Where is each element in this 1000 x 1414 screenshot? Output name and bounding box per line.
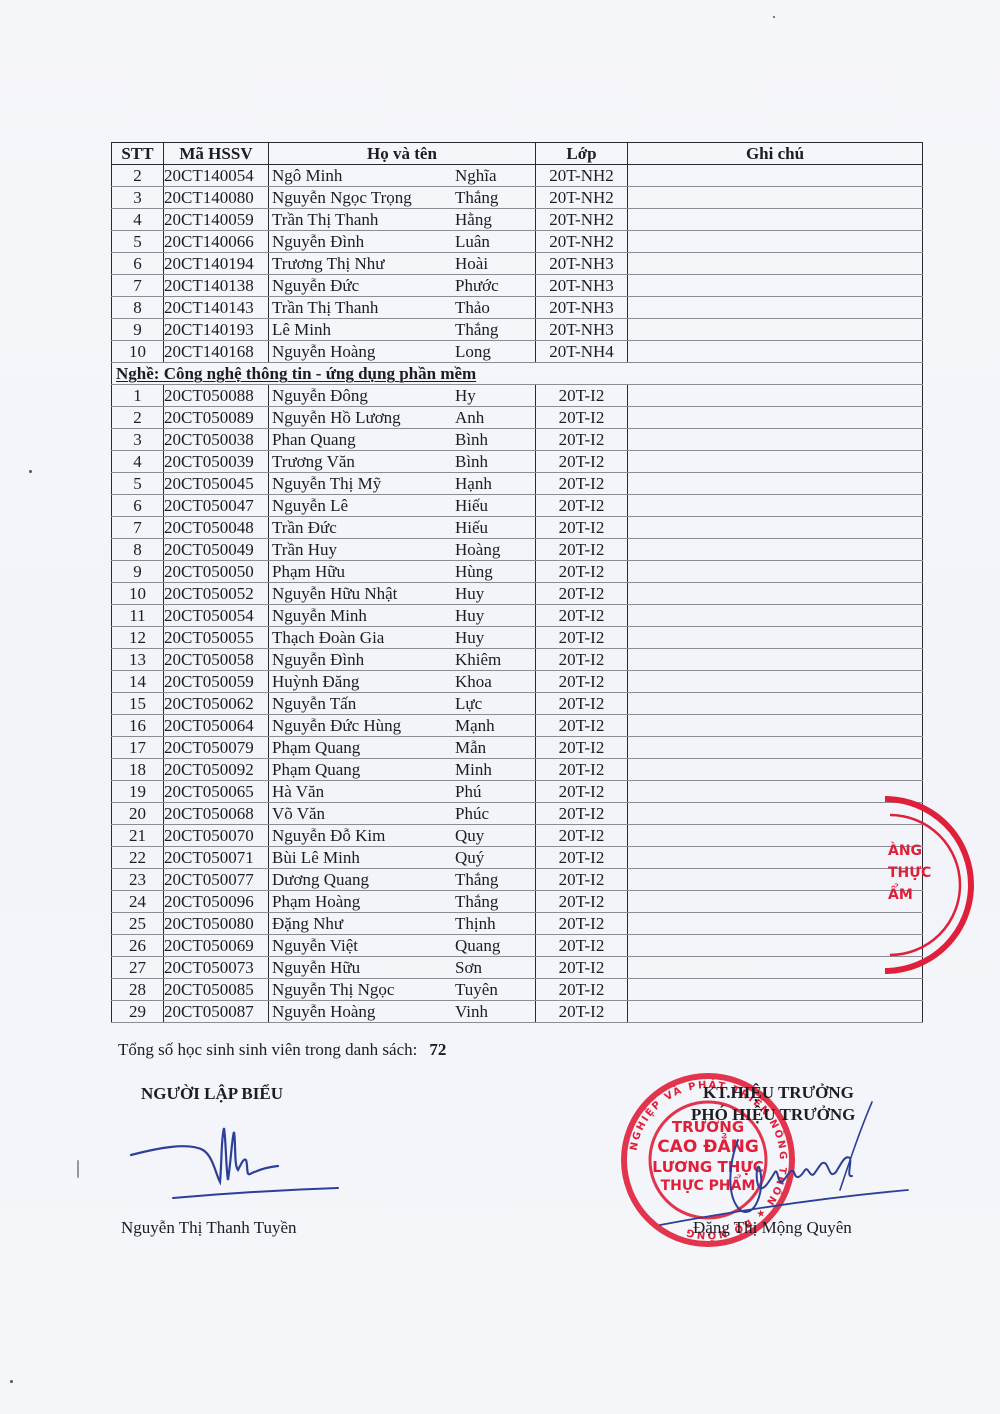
cell-ho-va-ten: Nguyễn Thị MỹHạnh [269, 473, 536, 495]
cell-lop: 20T-NH2 [536, 209, 628, 231]
cell-ma-hssv: 20CT140066 [164, 231, 269, 253]
cell-lop: 20T-I2 [536, 715, 628, 737]
table-row: 420CT140059Trần Thị ThanhHằng20T-NH2 [112, 209, 923, 231]
cell-ho-va-ten: Nguyễn TấnLực [269, 693, 536, 715]
cell-ten: Thắng [455, 891, 498, 912]
table-header-row: STT Mã HSSV Họ và tên Lớp Ghi chú [112, 143, 923, 165]
cell-lop: 20T-I2 [536, 737, 628, 759]
cell-ghi-chu [628, 187, 923, 209]
cell-ho: Trương Thị Như [272, 253, 384, 274]
cell-ghi-chu [628, 935, 923, 957]
cell-ghi-chu [628, 319, 923, 341]
cell-ho-va-ten: Trần Thị ThanhHằng [269, 209, 536, 231]
cell-ghi-chu [628, 671, 923, 693]
cell-lop: 20T-I2 [536, 979, 628, 1001]
cell-ho-va-ten: Bùi Lê MinhQuý [269, 847, 536, 869]
cell-ho: Trần Thị Thanh [272, 209, 378, 230]
cell-ho-va-ten: Trần HuyHoàng [269, 539, 536, 561]
cell-ho-va-ten: Huỳnh ĐăngKhoa [269, 671, 536, 693]
cell-ten: Khiêm [455, 649, 501, 670]
cell-stt: 10 [112, 341, 164, 363]
cell-ma-hssv: 20CT050055 [164, 627, 269, 649]
table-row: 520CT140066Nguyễn ĐìnhLuân20T-NH2 [112, 231, 923, 253]
table-row: 820CT140143Trần Thị ThanhThảo20T-NH3 [112, 297, 923, 319]
table-row: 2920CT050087Nguyễn HoàngVinh20T-I2 [112, 1001, 923, 1023]
cell-ma-hssv: 20CT140080 [164, 187, 269, 209]
cell-ten: Nghĩa [455, 165, 497, 186]
cell-lop: 20T-I2 [536, 627, 628, 649]
cell-lop: 20T-I2 [536, 539, 628, 561]
cell-ghi-chu [628, 737, 923, 759]
cell-lop: 20T-I2 [536, 561, 628, 583]
table-row: 1520CT050062Nguyễn TấnLực20T-I2 [112, 693, 923, 715]
cell-ho: Nguyễn Hồ Lương [272, 407, 401, 428]
cell-ten: Minh [455, 759, 492, 780]
cell-ten: Hiếu [455, 517, 488, 538]
cell-lop: 20T-NH2 [536, 231, 628, 253]
cell-ten: Thắng [455, 187, 498, 208]
cell-ten: Hạnh [455, 473, 492, 494]
cell-lop: 20T-I2 [536, 495, 628, 517]
cell-ho-va-ten: Nguyễn HữuSơn [269, 957, 536, 979]
cell-stt: 13 [112, 649, 164, 671]
scan-speck [10, 1380, 13, 1383]
cell-ghi-chu [628, 209, 923, 231]
table-row: 1020CT050052Nguyễn Hữu NhậtHuy20T-I2 [112, 583, 923, 605]
header-ho-va-ten: Họ và tên [269, 143, 536, 165]
cell-ho-va-ten: Lê MinhThắng [269, 319, 536, 341]
cell-ho: Nguyễn Tấn [272, 693, 356, 714]
table-row: 420CT050039Trương VănBình20T-I2 [112, 451, 923, 473]
cell-ma-hssv: 20CT140193 [164, 319, 269, 341]
cell-ho-va-ten: Nguyễn Ngọc TrọngThắng [269, 187, 536, 209]
cell-ma-hssv: 20CT050089 [164, 407, 269, 429]
cell-lop: 20T-I2 [536, 429, 628, 451]
cell-stt: 12 [112, 627, 164, 649]
cell-ho: Nguyễn Hoàng [272, 1001, 375, 1022]
cell-ho-va-ten: Võ VănPhúc [269, 803, 536, 825]
cell-ghi-chu [628, 385, 923, 407]
cell-ten: Huy [455, 605, 484, 626]
cell-ghi-chu [628, 715, 923, 737]
cell-stt: 20 [112, 803, 164, 825]
cell-lop: 20T-I2 [536, 693, 628, 715]
preparer-name: Nguyễn Thị Thanh Tuyền [121, 1218, 297, 1238]
cell-ghi-chu [628, 231, 923, 253]
cell-ho-va-ten: Trần ĐứcHiếu [269, 517, 536, 539]
total-count: 72 [429, 1040, 446, 1059]
cell-ma-hssv: 20CT050065 [164, 781, 269, 803]
table-row: 2520CT050080Đặng NhưThịnh20T-I2 [112, 913, 923, 935]
cell-ho-va-ten: Trương VănBình [269, 451, 536, 473]
cell-ho-va-ten: Hà VănPhú [269, 781, 536, 803]
cell-ho-va-ten: Phạm HữuHùng [269, 561, 536, 583]
cell-ho: Nguyễn Đình [272, 231, 364, 252]
cell-lop: 20T-I2 [536, 891, 628, 913]
cell-ghi-chu [628, 429, 923, 451]
cell-stt: 5 [112, 231, 164, 253]
cell-ten: Vinh [455, 1001, 488, 1022]
cell-ho: Huỳnh Đăng [272, 671, 359, 692]
cell-ma-hssv: 20CT050054 [164, 605, 269, 627]
cell-lop: 20T-I2 [536, 869, 628, 891]
total-label: Tổng số học sinh sinh viên trong danh sá… [118, 1040, 417, 1059]
table-row: 2120CT050070Nguyễn Đỗ KimQuy20T-I2 [112, 825, 923, 847]
cell-lop: 20T-I2 [536, 1001, 628, 1023]
cell-stt: 22 [112, 847, 164, 869]
cell-ho-va-ten: Nguyễn ViệtQuang [269, 935, 536, 957]
approver-title-line2: PHÓ HIỆU TRƯỞNG [691, 1105, 855, 1125]
cell-ma-hssv: 20CT140194 [164, 253, 269, 275]
svg-text:CAO ĐẲNG: CAO ĐẲNG [657, 1132, 759, 1157]
table-row: 2020CT050068Võ VănPhúc20T-I2 [112, 803, 923, 825]
cell-ma-hssv: 20CT050049 [164, 539, 269, 561]
cell-ghi-chu [628, 847, 923, 869]
cell-ma-hssv: 20CT050085 [164, 979, 269, 1001]
cell-ho-va-ten: Nguyễn Đức HùngMạnh [269, 715, 536, 737]
cell-ho: Nguyễn Thị Mỹ [272, 473, 381, 494]
cell-ten: Mẫn [455, 737, 486, 758]
cell-ghi-chu [628, 913, 923, 935]
cell-stt: 10 [112, 583, 164, 605]
cell-ma-hssv: 20CT140138 [164, 275, 269, 297]
table-body: 220CT140054Ngô MinhNghĩa20T-NH2320CT1400… [112, 165, 923, 1023]
scan-speck [29, 470, 32, 473]
cell-ho-va-ten: Thạch Đoàn GiaHuy [269, 627, 536, 649]
cell-lop: 20T-I2 [536, 583, 628, 605]
cell-ghi-chu [628, 165, 923, 187]
cell-ho-va-ten: Phạm HoàngThắng [269, 891, 536, 913]
cell-lop: 20T-I2 [536, 803, 628, 825]
cell-ho: Đặng Như [272, 913, 343, 934]
cell-ma-hssv: 20CT050088 [164, 385, 269, 407]
cell-ho: Trần Thị Thanh [272, 297, 378, 318]
cell-lop: 20T-I2 [536, 913, 628, 935]
cell-stt: 2 [112, 165, 164, 187]
table-row: 720CT050048Trần ĐứcHiếu20T-I2 [112, 517, 923, 539]
cell-ho-va-ten: Nguyễn LêHiếu [269, 495, 536, 517]
cell-ho-va-ten: Nguyễn ĐìnhLuân [269, 231, 536, 253]
cell-lop: 20T-I2 [536, 605, 628, 627]
cell-ten: Long [455, 341, 491, 362]
cell-ho: Lê Minh [272, 319, 331, 340]
table-row: 720CT140138Nguyễn ĐứcPhước20T-NH3 [112, 275, 923, 297]
cell-lop: 20T-NH3 [536, 297, 628, 319]
cell-ma-hssv: 20CT050045 [164, 473, 269, 495]
cell-stt: 16 [112, 715, 164, 737]
cell-ho: Phan Quang [272, 429, 356, 450]
cell-ghi-chu [628, 869, 923, 891]
cell-ho-va-ten: Nguyễn ĐôngHy [269, 385, 536, 407]
cell-ma-hssv: 20CT050039 [164, 451, 269, 473]
table-row: 1620CT050064Nguyễn Đức HùngMạnh20T-I2 [112, 715, 923, 737]
cell-ten: Hùng [455, 561, 493, 582]
cell-ghi-chu [628, 627, 923, 649]
cell-ten: Thắng [455, 319, 498, 340]
cell-ma-hssv: 20CT050070 [164, 825, 269, 847]
scan-speck [77, 1160, 79, 1178]
cell-ten: Bình [455, 429, 488, 450]
cell-ghi-chu [628, 253, 923, 275]
cell-stt: 5 [112, 473, 164, 495]
cell-stt: 19 [112, 781, 164, 803]
cell-ten: Hiếu [455, 495, 488, 516]
table-row: 2420CT050096Phạm HoàngThắng20T-I2 [112, 891, 923, 913]
cell-stt: 6 [112, 253, 164, 275]
student-roster-table: STT Mã HSSV Họ và tên Lớp Ghi chú 220CT1… [111, 142, 923, 1023]
cell-ma-hssv: 20CT050050 [164, 561, 269, 583]
cell-stt: 23 [112, 869, 164, 891]
cell-stt: 14 [112, 671, 164, 693]
cell-lop: 20T-NH2 [536, 165, 628, 187]
cell-ghi-chu [628, 517, 923, 539]
table-row: 1320CT050058Nguyễn ĐìnhKhiêm20T-I2 [112, 649, 923, 671]
cell-ten: Khoa [455, 671, 492, 692]
cell-lop: 20T-I2 [536, 671, 628, 693]
cell-ho-va-ten: Nguyễn Hồ LươngAnh [269, 407, 536, 429]
cell-ho-va-ten: Đặng NhưThịnh [269, 913, 536, 935]
cell-ghi-chu [628, 495, 923, 517]
cell-ten: Quang [455, 935, 500, 956]
table-row: 1120CT050054Nguyễn MinhHuy20T-I2 [112, 605, 923, 627]
cell-ho: Nguyễn Hữu Nhật [272, 583, 397, 604]
cell-ma-hssv: 20CT050068 [164, 803, 269, 825]
cell-ma-hssv: 20CT050077 [164, 869, 269, 891]
total-summary: Tổng số học sinh sinh viên trong danh sá… [118, 1040, 446, 1060]
cell-lop: 20T-NH4 [536, 341, 628, 363]
table-row: 620CT050047Nguyễn LêHiếu20T-I2 [112, 495, 923, 517]
cell-ho: Nguyễn Đức [272, 275, 359, 296]
table-row: 2620CT050069Nguyễn ViệtQuang20T-I2 [112, 935, 923, 957]
cell-lop: 20T-I2 [536, 759, 628, 781]
table-row: 2220CT050071Bùi Lê MinhQuý20T-I2 [112, 847, 923, 869]
cell-lop: 20T-NH2 [536, 187, 628, 209]
table-row: 920CT050050Phạm HữuHùng20T-I2 [112, 561, 923, 583]
cell-ho: Hà Văn [272, 781, 324, 802]
cell-ghi-chu [628, 1001, 923, 1023]
cell-ho-va-ten: Phan QuangBình [269, 429, 536, 451]
approver-name: Đặng Thị Mộng Quyên [693, 1218, 852, 1238]
cell-ho-va-ten: Trương Thị NhưHoài [269, 253, 536, 275]
table-row: 820CT050049Trần HuyHoàng20T-I2 [112, 539, 923, 561]
cell-ma-hssv: 20CT050069 [164, 935, 269, 957]
cell-stt: 24 [112, 891, 164, 913]
cell-stt: 25 [112, 913, 164, 935]
cell-ten: Hoài [455, 253, 488, 274]
cell-ho: Dương Quang [272, 869, 369, 890]
cell-ho-va-ten: Nguyễn HoàngLong [269, 341, 536, 363]
cell-ma-hssv: 20CT140143 [164, 297, 269, 319]
cell-stt: 7 [112, 275, 164, 297]
cell-ho: Trần Đức [272, 517, 337, 538]
cell-ma-hssv: 20CT050048 [164, 517, 269, 539]
cell-ho: Nguyễn Minh [272, 605, 367, 626]
cell-lop: 20T-I2 [536, 473, 628, 495]
cell-ma-hssv: 20CT050038 [164, 429, 269, 451]
cell-ho: Nguyễn Thị Ngọc [272, 979, 394, 1000]
cell-ten: Anh [455, 407, 484, 428]
preparer-signature-icon [128, 1120, 348, 1200]
table-row: 1220CT050055Thạch Đoàn GiaHuy20T-I2 [112, 627, 923, 649]
cell-lop: 20T-I2 [536, 825, 628, 847]
cell-ho: Nguyễn Đức Hùng [272, 715, 401, 736]
cell-ghi-chu [628, 957, 923, 979]
cell-ten: Lực [455, 693, 482, 714]
cell-ma-hssv: 20CT050059 [164, 671, 269, 693]
table-row: 2820CT050085Nguyễn Thị NgọcTuyên20T-I2 [112, 979, 923, 1001]
table-row: 220CT140054Ngô MinhNghĩa20T-NH2 [112, 165, 923, 187]
cell-lop: 20T-I2 [536, 781, 628, 803]
cell-stt: 7 [112, 517, 164, 539]
cell-ten: Phước [455, 275, 499, 296]
cell-ghi-chu [628, 407, 923, 429]
section-row: Nghề: Công nghệ thông tin - ứng dụng phầ… [112, 363, 923, 385]
cell-ma-hssv: 20CT140054 [164, 165, 269, 187]
table-row: 320CT050038Phan QuangBình20T-I2 [112, 429, 923, 451]
approver-title-line1: KT.HIỆU TRƯỞNG [703, 1083, 854, 1103]
cell-ho: Nguyễn Việt [272, 935, 358, 956]
table-row: 1020CT140168Nguyễn HoàngLong20T-NH4 [112, 341, 923, 363]
cell-ghi-chu [628, 891, 923, 913]
table-row: 1820CT050092Phạm QuangMinh20T-I2 [112, 759, 923, 781]
cell-ten: Tuyên [455, 979, 498, 1000]
cell-ten: Phúc [455, 803, 489, 824]
cell-lop: 20T-I2 [536, 957, 628, 979]
cell-lop: 20T-I2 [536, 385, 628, 407]
cell-stt: 9 [112, 319, 164, 341]
cell-stt: 27 [112, 957, 164, 979]
cell-ten: Huy [455, 583, 484, 604]
cell-ho: Phạm Hữu [272, 561, 345, 582]
table-row: 2320CT050077Dương QuangThắng20T-I2 [112, 869, 923, 891]
cell-ten: Quy [455, 825, 484, 846]
cell-stt: 8 [112, 297, 164, 319]
cell-ghi-chu [628, 473, 923, 495]
cell-lop: 20T-NH3 [536, 319, 628, 341]
cell-ho: Nguyễn Lê [272, 495, 348, 516]
section-label: Nghề: Công nghệ thông tin - ứng dụng phầ… [112, 363, 923, 385]
cell-stt: 6 [112, 495, 164, 517]
cell-ho-va-ten: Ngô MinhNghĩa [269, 165, 536, 187]
cell-ma-hssv: 20CT140059 [164, 209, 269, 231]
cell-ghi-chu [628, 297, 923, 319]
cell-ma-hssv: 20CT050058 [164, 649, 269, 671]
cell-lop: 20T-I2 [536, 649, 628, 671]
cell-ho: Trần Huy [272, 539, 337, 560]
cell-ma-hssv: 20CT050052 [164, 583, 269, 605]
cell-ghi-chu [628, 451, 923, 473]
table-row: 1720CT050079Phạm QuangMẫn20T-I2 [112, 737, 923, 759]
cell-ma-hssv: 20CT050080 [164, 913, 269, 935]
cell-stt: 21 [112, 825, 164, 847]
cell-ghi-chu [628, 341, 923, 363]
cell-ho-va-ten: Nguyễn Đỗ KimQuy [269, 825, 536, 847]
cell-ghi-chu [628, 649, 923, 671]
cell-lop: 20T-I2 [536, 451, 628, 473]
cell-ho: Võ Văn [272, 803, 325, 824]
cell-ten: Luân [455, 231, 490, 252]
cell-ho-va-ten: Nguyễn ĐìnhKhiêm [269, 649, 536, 671]
table-row: 220CT050089Nguyễn Hồ LươngAnh20T-I2 [112, 407, 923, 429]
scan-speck [773, 16, 775, 18]
cell-ho: Ngô Minh [272, 165, 342, 186]
table-row: 1420CT050059Huỳnh ĐăngKhoa20T-I2 [112, 671, 923, 693]
table-row: 620CT140194Trương Thị NhưHoài20T-NH3 [112, 253, 923, 275]
cell-ho-va-ten: Nguyễn Thị NgọcTuyên [269, 979, 536, 1001]
cell-ho-va-ten: Nguyễn HoàngVinh [269, 1001, 536, 1023]
cell-ten: Sơn [455, 957, 482, 978]
table-row: 120CT050088Nguyễn ĐôngHy20T-I2 [112, 385, 923, 407]
cell-ho-va-ten: Nguyễn MinhHuy [269, 605, 536, 627]
cell-lop: 20T-I2 [536, 407, 628, 429]
cell-ten: Thảo [455, 297, 490, 318]
cell-stt: 26 [112, 935, 164, 957]
cell-ho: Thạch Đoàn Gia [272, 627, 384, 648]
cell-ma-hssv: 20CT050079 [164, 737, 269, 759]
cell-stt: 17 [112, 737, 164, 759]
cell-ho: Nguyễn Đỗ Kim [272, 825, 385, 846]
cell-stt: 18 [112, 759, 164, 781]
cell-ho: Phạm Quang [272, 737, 360, 758]
cell-stt: 4 [112, 209, 164, 231]
cell-ho: Bùi Lê Minh [272, 847, 360, 868]
table-row: 520CT050045Nguyễn Thị MỹHạnh20T-I2 [112, 473, 923, 495]
cell-ten: Mạnh [455, 715, 495, 736]
cell-ghi-chu [628, 693, 923, 715]
cell-ten: Hy [455, 385, 476, 406]
cell-ghi-chu [628, 781, 923, 803]
cell-stt: 8 [112, 539, 164, 561]
cell-ho: Nguyễn Đông [272, 385, 368, 406]
cell-ma-hssv: 20CT050047 [164, 495, 269, 517]
cell-ho: Nguyễn Đình [272, 649, 364, 670]
cell-ten: Thắng [455, 869, 498, 890]
cell-ma-hssv: 20CT050096 [164, 891, 269, 913]
preparer-title: NGƯỜI LẬP BIỂU [141, 1084, 283, 1104]
cell-lop: 20T-NH3 [536, 253, 628, 275]
cell-stt: 29 [112, 1001, 164, 1023]
cell-lop: 20T-I2 [536, 935, 628, 957]
document-page: STT Mã HSSV Họ và tên Lớp Ghi chú 220CT1… [0, 0, 1000, 1414]
svg-text:LƯƠNG THỰC: LƯƠNG THỰC [652, 1158, 764, 1176]
cell-ghi-chu [628, 605, 923, 627]
cell-ten: Huy [455, 627, 484, 648]
cell-ten: Phú [455, 781, 481, 802]
cell-ten: Bình [455, 451, 488, 472]
cell-ghi-chu [628, 539, 923, 561]
table-row: 1920CT050065Hà VănPhú20T-I2 [112, 781, 923, 803]
cell-stt: 15 [112, 693, 164, 715]
cell-ghi-chu [628, 979, 923, 1001]
cell-ho: Phạm Quang [272, 759, 360, 780]
cell-ma-hssv: 20CT140168 [164, 341, 269, 363]
cell-ho-va-ten: Phạm QuangMẫn [269, 737, 536, 759]
cell-stt: 28 [112, 979, 164, 1001]
cell-ma-hssv: 20CT050092 [164, 759, 269, 781]
cell-ho-va-ten: Trần Thị ThanhThảo [269, 297, 536, 319]
svg-text:THỰC PHẨM: THỰC PHẨM [661, 1174, 756, 1194]
cell-ghi-chu [628, 825, 923, 847]
cell-ho-va-ten: Nguyễn ĐứcPhước [269, 275, 536, 297]
cell-stt: 4 [112, 451, 164, 473]
cell-ma-hssv: 20CT050064 [164, 715, 269, 737]
cell-ghi-chu [628, 275, 923, 297]
cell-stt: 11 [112, 605, 164, 627]
cell-ghi-chu [628, 561, 923, 583]
cell-stt: 9 [112, 561, 164, 583]
cell-ho: Nguyễn Hoàng [272, 341, 375, 362]
cell-ghi-chu [628, 803, 923, 825]
